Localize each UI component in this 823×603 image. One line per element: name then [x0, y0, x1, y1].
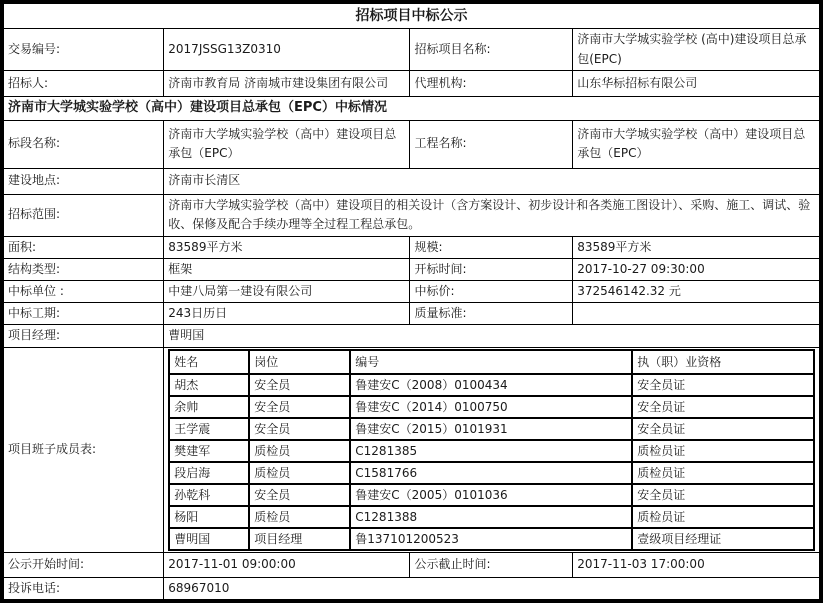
- scale-value: 83589平方米: [573, 236, 821, 258]
- member-cert-no: 鲁137101200523: [350, 528, 632, 550]
- engineering-name-value: 济南市大学城实验学校（高中）建设项目总承包（EPC）: [573, 120, 821, 168]
- member-post: 质检员: [249, 440, 350, 462]
- agency-value: 山东华标招标有限公司: [573, 70, 821, 96]
- structure-label: 结构类型:: [2, 258, 164, 280]
- complaint-phone-label: 投诉电话:: [2, 577, 164, 601]
- bid-price-value: 372546142.32 元: [573, 280, 821, 302]
- scope-row: 招标范围: 济南市大学城实验学校（高中）建设项目的相关设计（含方案设计、初步设计…: [2, 194, 821, 236]
- team-member-row: 杨阳 质检员 C1281388 质检员证: [169, 506, 814, 528]
- team-member-row: 余帅 安全员 鲁建安C（2014）0100750 安全员证: [169, 396, 814, 418]
- structure-value: 框架: [164, 258, 410, 280]
- team-header-name: 姓名: [169, 350, 249, 374]
- member-cert: 质检员证: [632, 440, 814, 462]
- member-cert: 安全员证: [632, 396, 814, 418]
- member-post: 质检员: [249, 506, 350, 528]
- team-table-cell: 姓名 岗位 编号 执（职）业资格 胡杰 安全员 鲁建安C（2008）010043…: [164, 347, 821, 552]
- complaint-phone-row: 投诉电话: 68967010: [2, 577, 821, 601]
- member-cert: 安全员证: [632, 374, 814, 396]
- publicity-start-value: 2017-11-01 09:00:00: [164, 552, 410, 577]
- area-row: 面积: 83589平方米 规模: 83589平方米: [2, 236, 821, 258]
- quality-label: 质量标准:: [410, 303, 573, 325]
- member-cert: 安全员证: [632, 484, 814, 506]
- quality-value: [573, 303, 821, 325]
- member-cert: 壹级项目经理证: [632, 528, 814, 550]
- member-cert: 质检员证: [632, 506, 814, 528]
- member-cert-no: 鲁建安C（2008）0100434: [350, 374, 632, 396]
- scale-label: 规模:: [410, 236, 573, 258]
- trade-no-row: 交易编号: 2017JSSG13Z0310 招标项目名称: 济南市大学城实验学校…: [2, 29, 821, 70]
- structure-row: 结构类型: 框架 开标时间: 2017-10-27 09:30:00: [2, 258, 821, 280]
- scope-value: 济南市大学城实验学校（高中）建设项目的相关设计（含方案设计、初步设计和各类施工图…: [164, 194, 821, 236]
- scope-label: 招标范围:: [2, 194, 164, 236]
- member-name: 王学震: [169, 418, 249, 440]
- member-cert-no: 鲁建安C（2014）0100750: [350, 396, 632, 418]
- member-post: 安全员: [249, 418, 350, 440]
- team-table: 姓名 岗位 编号 执（职）业资格 胡杰 安全员 鲁建安C（2008）010043…: [168, 349, 815, 551]
- member-cert-no: 鲁建安C（2005）0101036: [350, 484, 632, 506]
- agency-label: 代理机构:: [410, 70, 573, 96]
- duration-value: 243日历日: [164, 303, 410, 325]
- title-row: 招标项目中标公示: [2, 2, 821, 29]
- team-member-row: 樊建军 质检员 C1281385 质检员证: [169, 440, 814, 462]
- team-header-no: 编号: [350, 350, 632, 374]
- team-member-row: 段启海 质检员 C1581766 质检员证: [169, 462, 814, 484]
- publicity-end-value: 2017-11-03 17:00:00: [573, 552, 821, 577]
- team-member-row: 孙乾科 安全员 鲁建安C（2005）0101036 安全员证: [169, 484, 814, 506]
- winner-value: 中建八局第一建设有限公司: [164, 280, 410, 302]
- member-cert: 安全员证: [632, 418, 814, 440]
- section-header: 济南市大学城实验学校（高中）建设项目总承包（EPC）中标情况: [2, 96, 821, 120]
- member-name: 段启海: [169, 462, 249, 484]
- team-member-row: 胡杰 安全员 鲁建安C（2008）0100434 安全员证: [169, 374, 814, 396]
- member-post: 项目经理: [249, 528, 350, 550]
- publicity-time-row: 公示开始时间: 2017-11-01 09:00:00 公示截止时间: 2017…: [2, 552, 821, 577]
- bid-price-label: 中标价:: [410, 280, 573, 302]
- member-name: 胡杰: [169, 374, 249, 396]
- location-value: 济南市长清区: [164, 168, 821, 194]
- member-post: 安全员: [249, 396, 350, 418]
- area-value: 83589平方米: [164, 236, 410, 258]
- engineering-name-label: 工程名称:: [410, 120, 573, 168]
- complaint-phone-value: 68967010: [164, 577, 821, 601]
- publicity-end-label: 公示截止时间:: [410, 552, 573, 577]
- trade-no-label: 交易编号:: [2, 29, 164, 70]
- section-name-value: 济南市大学城实验学校（高中）建设项目总承包（EPC）: [164, 120, 410, 168]
- publicity-start-label: 公示开始时间:: [2, 552, 164, 577]
- member-name: 孙乾科: [169, 484, 249, 506]
- tenderee-row: 招标人: 济南市教育局 济南城市建设集团有限公司 代理机构: 山东华标招标有限公…: [2, 70, 821, 96]
- section-name-label: 标段名称:: [2, 120, 164, 168]
- bid-open-time-label: 开标时间:: [410, 258, 573, 280]
- team-member-row: 王学震 安全员 鲁建安C（2015）0101931 安全员证: [169, 418, 814, 440]
- member-post: 安全员: [249, 484, 350, 506]
- member-cert-no: 鲁建安C（2015）0101931: [350, 418, 632, 440]
- project-name-value: 济南市大学城实验学校 (高中)建设项目总承包(EPC): [573, 29, 821, 70]
- section-name-row: 标段名称: 济南市大学城实验学校（高中）建设项目总承包（EPC） 工程名称: 济…: [2, 120, 821, 168]
- team-member-row: 曹明国 项目经理 鲁137101200523 壹级项目经理证: [169, 528, 814, 550]
- team-row: 项目班子成员表: 姓名 岗位 编号 执（职）业资格 胡杰: [2, 347, 821, 552]
- team-header-row: 姓名 岗位 编号 执（职）业资格: [169, 350, 814, 374]
- manager-value: 曹明国: [164, 325, 821, 347]
- team-header-post: 岗位: [249, 350, 350, 374]
- manager-label: 项目经理:: [2, 325, 164, 347]
- location-row: 建设地点: 济南市长清区: [2, 168, 821, 194]
- location-label: 建设地点:: [2, 168, 164, 194]
- bid-announcement-table: 招标项目中标公示 交易编号: 2017JSSG13Z0310 招标项目名称: 济…: [0, 0, 823, 603]
- member-name: 余帅: [169, 396, 249, 418]
- project-name-label: 招标项目名称:: [410, 29, 573, 70]
- section-header-row: 济南市大学城实验学校（高中）建设项目总承包（EPC）中标情况: [2, 96, 821, 120]
- winner-label: 中标单位 :: [2, 280, 164, 302]
- member-name: 曹明国: [169, 528, 249, 550]
- tenderee-label: 招标人:: [2, 70, 164, 96]
- duration-label: 中标工期:: [2, 303, 164, 325]
- duration-row: 中标工期: 243日历日 质量标准:: [2, 303, 821, 325]
- page-title: 招标项目中标公示: [2, 2, 821, 29]
- area-label: 面积:: [2, 236, 164, 258]
- team-label: 项目班子成员表:: [2, 347, 164, 552]
- trade-no-value: 2017JSSG13Z0310: [164, 29, 410, 70]
- tenderee-value: 济南市教育局 济南城市建设集团有限公司: [164, 70, 410, 96]
- member-name: 杨阳: [169, 506, 249, 528]
- member-post: 安全员: [249, 374, 350, 396]
- member-post: 质检员: [249, 462, 350, 484]
- member-cert-no: C1581766: [350, 462, 632, 484]
- member-cert-no: C1281388: [350, 506, 632, 528]
- member-cert: 质检员证: [632, 462, 814, 484]
- manager-row: 项目经理: 曹明国: [2, 325, 821, 347]
- member-cert-no: C1281385: [350, 440, 632, 462]
- winner-row: 中标单位 : 中建八局第一建设有限公司 中标价: 372546142.32 元: [2, 280, 821, 302]
- bid-open-time-value: 2017-10-27 09:30:00: [573, 258, 821, 280]
- team-header-cert: 执（职）业资格: [632, 350, 814, 374]
- member-name: 樊建军: [169, 440, 249, 462]
